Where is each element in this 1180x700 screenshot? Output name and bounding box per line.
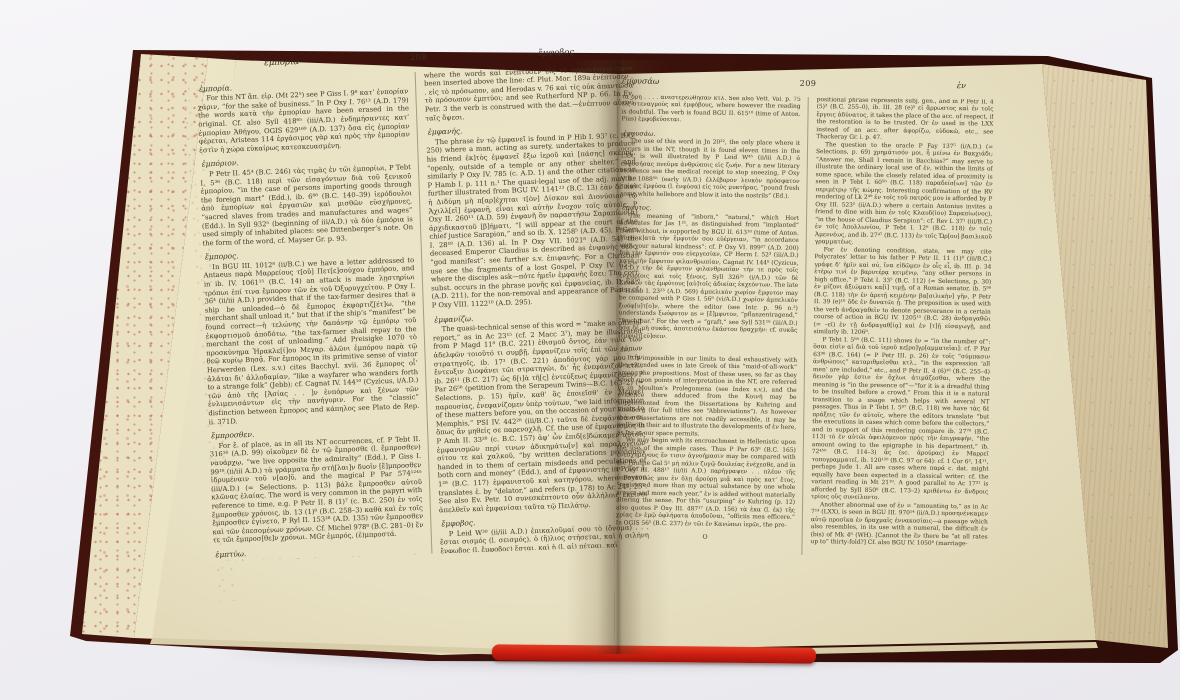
entry-text: For ἔ. of place, as in all its NT occurr… bbox=[209, 435, 423, 545]
entry-text: For ἐν denoting condition, state, we may… bbox=[813, 247, 991, 339]
running-head-right: ἐν bbox=[957, 82, 994, 90]
entry-text: The question to the oracle P Fay 137⁵ (i… bbox=[815, 142, 993, 249]
page-number: 208 bbox=[410, 54, 428, 63]
book-photo: ἐμπορία 208 ἔμφοβος ἐμπορία. For this NT… bbox=[0, 0, 1180, 700]
page-209: ἐμφυσάω 209 ἐν τὰ ὄρη . . . . ἀνεστερεώθ… bbox=[615, 77, 994, 557]
entry-text: positional phrase represents subj. gen.,… bbox=[816, 97, 994, 144]
page-209-column-2: positional phrase represents subj. gen.,… bbox=[801, 96, 993, 557]
dictionary-entry: The question to the oracle P Fay 137⁵ (i… bbox=[815, 142, 993, 249]
entry-text: Another abnormal use of ἐν = “amounting … bbox=[810, 502, 988, 549]
entry-text: For this NT ἅπ. εἰρ. (Mt 22⁵) see P Giss… bbox=[197, 87, 410, 154]
page-209-columns: τὰ ὄρη . . . . ἀνεστερεώθησαν κτλ. See a… bbox=[615, 94, 993, 557]
dictionary-entry: ἔμπορος. In BGU III. 1012⁸ (ii/B.C.) we … bbox=[203, 246, 420, 426]
running-head-right: ἔμφοβος bbox=[538, 46, 632, 58]
page-number: 209 bbox=[800, 80, 817, 88]
entry-text: P Petr II. 45⁴ (B.C. 246) τὰς τιμὰς ἐν τ… bbox=[200, 163, 414, 248]
dictionary-entry: For ἐν denoting condition, state, we may… bbox=[813, 247, 991, 339]
page-208-column-1: ἐμπορία. For this NT ἅπ. εἰρ. (Mt 22⁵) s… bbox=[197, 72, 432, 561]
entry-text: In BGU III. 1012⁸ (ii/B.C.) we have a le… bbox=[203, 256, 420, 427]
dictionary-entry: ἐμπορία. For this NT ἅπ. εἰρ. (Mt 22⁵) s… bbox=[197, 78, 410, 155]
dictionary-entry: ἐμπόριον. P Petr II. 45⁴ (B.C. 246) τὰς … bbox=[200, 154, 414, 248]
dictionary-entry: positional phrase represents subj. gen.,… bbox=[816, 97, 994, 144]
book-gutter bbox=[566, 60, 670, 654]
dictionary-entry: ἔμπροσθεν. For ἔ. of place, as in all it… bbox=[209, 425, 424, 545]
entry-text: P Tebt I. 5⁸⁸ (B.C. 111) shows ἐν = “in … bbox=[811, 337, 990, 504]
dictionary-entry: Another abnormal use of ἐν = “amounting … bbox=[810, 502, 988, 549]
dictionary-entry: P Tebt I. 5⁸⁸ (B.C. 111) shows ἐν = “in … bbox=[811, 337, 990, 504]
